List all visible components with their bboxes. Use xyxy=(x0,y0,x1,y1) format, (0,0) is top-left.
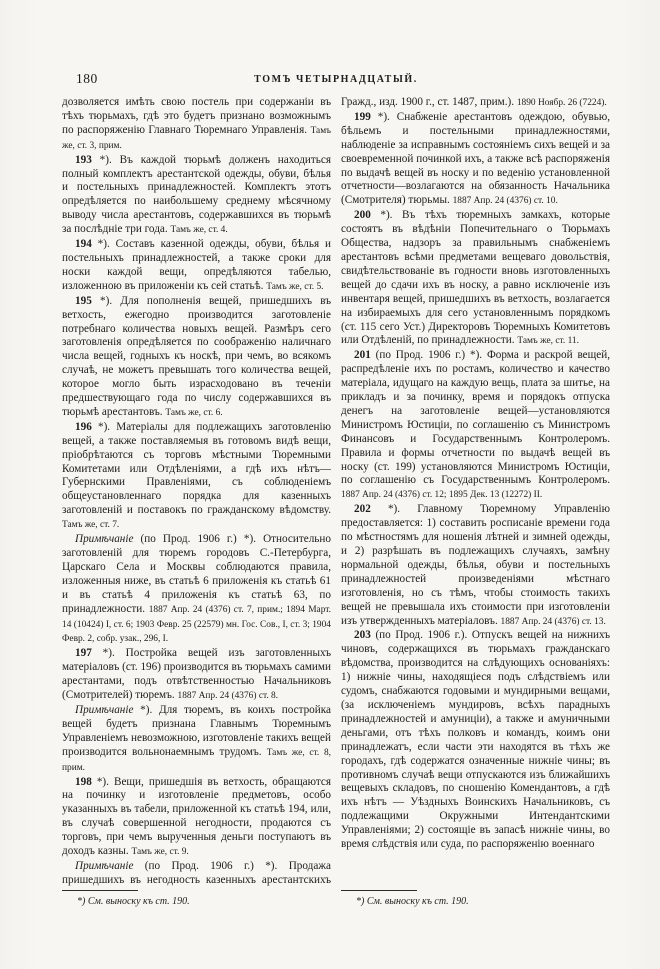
text-run: Примѣчаніе xyxy=(75,533,133,545)
running-title: ТОМЪ ЧЕТЫРНАДЦАТЫЙ. xyxy=(62,74,610,85)
text-run: (по Прод. 1906 г.) *). Относительно заго… xyxy=(62,533,331,615)
text-run: 1887 Апр. 24 (4376) ст. 8. xyxy=(178,691,279,701)
paragraph: 198 *). Вещи, пришедшія въ ветхость, обр… xyxy=(62,776,331,860)
text-run: 200 xyxy=(354,209,371,221)
left-footnote: *) См. выноску къ ст. 190. xyxy=(62,890,331,908)
paragraph: 194 *). Составъ казенной одежды, обуви, … xyxy=(62,238,331,295)
text-run: *). Для пополненія вещей, пришедшихъ въ … xyxy=(62,295,331,418)
text-run: 203 xyxy=(354,629,371,641)
paragraph: Примѣчаніе (по Прод. 1906 г.) *). Относи… xyxy=(62,533,331,647)
text-run: Тамъ же, ст. 4. xyxy=(170,225,227,235)
paragraph: 193 *). Въ каждой тюрьмѣ долженъ находит… xyxy=(62,154,331,238)
text-run: 201 xyxy=(354,349,371,361)
text-run: 202 xyxy=(354,503,371,515)
left-column: дозволяется имѣть свою постель при содер… xyxy=(62,96,331,888)
text-run: *). Матеріалы для подлежащихъ заготовлен… xyxy=(62,421,331,516)
scanned-book-page: 180 ТОМЪ ЧЕТЫРНАДЦАТЫЙ. дозволяется имѣт… xyxy=(0,0,660,969)
paragraph: 200 *). Въ тѣхъ тюремныхъ замкахъ, котор… xyxy=(341,209,610,349)
text-run: 195 xyxy=(75,295,92,307)
text-run: Тамъ же, ст. 6. xyxy=(165,408,222,418)
paragraph: 203 (по Прод. 1906 г.). Отпускъ вещей на… xyxy=(341,629,610,852)
text-run: 193 xyxy=(75,154,92,166)
footnote-separator-rule xyxy=(62,890,138,891)
text-run: *). Въ тѣхъ тюремныхъ замкахъ, которые с… xyxy=(341,209,610,346)
text-run: 199 xyxy=(354,111,371,123)
paragraph: дозволяется имѣть свою постель при содер… xyxy=(62,96,331,154)
text-run: Гражд., изд. 1900 г., ст. 1487, прим.). xyxy=(341,96,517,108)
text-run: 197 xyxy=(75,647,92,659)
text-run: Тамъ же, ст. 5. xyxy=(266,282,323,292)
text-run: 196 xyxy=(75,421,92,433)
text-run: *). Въ каждой тюрьмѣ долженъ находиться … xyxy=(62,154,331,236)
text-run: 1887 Апр. 24 (4376) ст. 13. xyxy=(501,617,606,627)
paragraph: 195 *). Для пополненія вещей, пришедшихъ… xyxy=(62,295,331,421)
text-columns: дозволяется имѣть свою постель при содер… xyxy=(62,96,610,888)
text-run: (по Прод. 1906 г.). Отпускъ вещей на ниж… xyxy=(341,629,610,850)
text-run: (по Прод. 1906 г.) *). Форма и раскрой в… xyxy=(341,349,610,486)
paragraph: Примѣчаніе *). Для тюремъ, въ коихъ пост… xyxy=(62,704,331,776)
right-column: Гражд., изд. 1900 г., ст. 1487, прим.). … xyxy=(341,96,610,888)
text-run: 194 xyxy=(75,238,92,250)
text-run: *). Главному Тюремному Управленію предос… xyxy=(341,503,610,626)
right-footnote: *) См. выноску къ ст. 190. xyxy=(341,890,610,908)
text-run: 1887 Апр. 24 (4376) ст. 12; 1895 Дек. 13… xyxy=(341,490,542,500)
text-run: Тамъ же, ст. 7. xyxy=(62,520,119,530)
paragraph: 197 *). Постройка вещей изъ заготовленны… xyxy=(62,647,331,704)
paragraph: 196 *). Матеріалы для подлежащихъ загото… xyxy=(62,421,331,533)
footnote-text: *) См. выноску къ ст. 190. xyxy=(62,896,331,908)
page-header: 180 ТОМЪ ЧЕТЫРНАДЦАТЫЙ. xyxy=(62,71,610,89)
paragraph: Гражд., изд. 1900 г., ст. 1487, прим.). … xyxy=(341,96,610,111)
text-run: *). Снабженіе арестантовъ одеждою, обувь… xyxy=(341,111,610,206)
footnote-text: *) См. выноску къ ст. 190. xyxy=(341,896,610,908)
paragraph: Примѣчаніе (по Прод. 1906 г.) *). Продаж… xyxy=(62,860,331,888)
text-run: Примѣчаніе xyxy=(75,704,133,716)
text-run: 1890 Ноябр. 26 (7224). xyxy=(517,98,607,108)
text-run: 1887 Апр. 24 (4376) ст. 10. xyxy=(453,196,558,206)
text-run: дозволяется имѣть свою постель при содер… xyxy=(62,96,331,136)
text-run: Тамъ же, ст. 9. xyxy=(131,847,188,857)
text-run: Тамъ же, ст. 11. xyxy=(517,336,579,346)
text-run: Примѣчаніе xyxy=(75,860,133,872)
paragraph: 202 *). Главному Тюремному Управленію пр… xyxy=(341,503,610,629)
text-run: *). Вещи, пришедшія въ ветхость, обращаю… xyxy=(62,776,331,858)
footnote-separator-rule xyxy=(341,890,417,891)
text-run: 198 xyxy=(75,776,92,788)
paragraph: 201 (по Прод. 1906 г.) *). Форма и раскр… xyxy=(341,349,610,503)
paragraph: 199 *). Снабженіе арестантовъ одеждою, о… xyxy=(341,111,610,209)
